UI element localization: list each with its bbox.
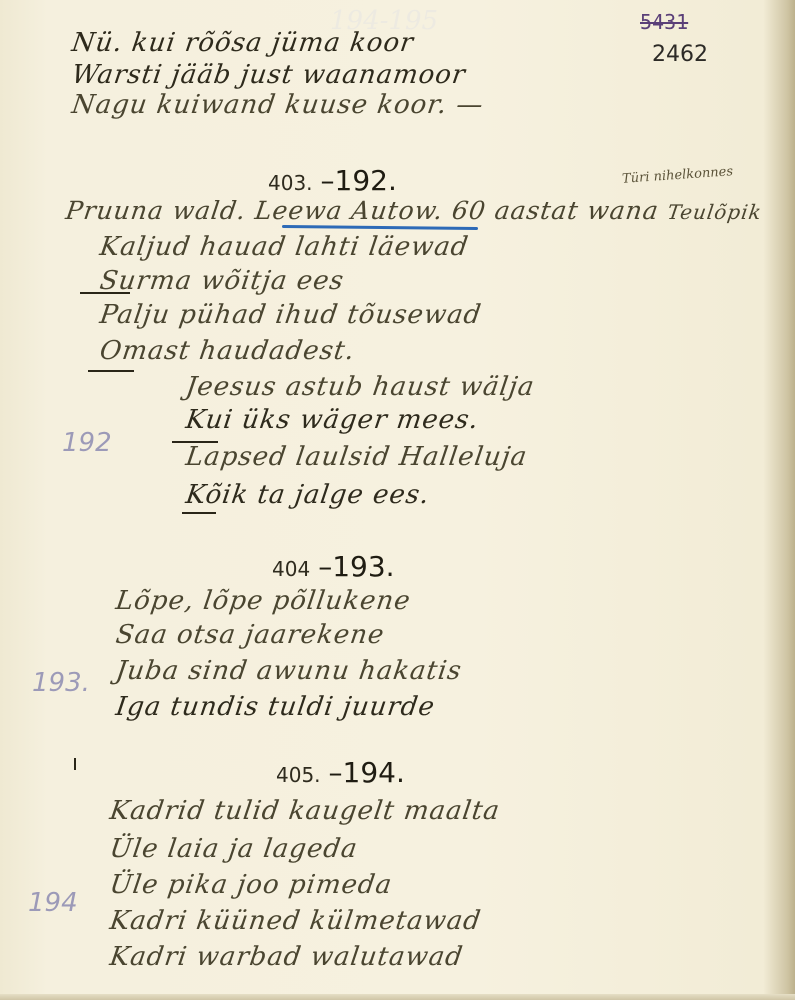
text-line: Kaljud hauad lahti läewad bbox=[98, 232, 471, 262]
text-line: Omast haudadest. bbox=[98, 336, 357, 366]
source-place: Pruuna wald. bbox=[64, 196, 248, 225]
song-number-old: 404 bbox=[272, 557, 310, 581]
text-line: Üle pika joo pimeda bbox=[108, 870, 394, 900]
text-line: Kui üks wäger mees. bbox=[184, 405, 481, 435]
text-line: Saa otsa jaarekene bbox=[114, 620, 387, 650]
song-number-old: 405. bbox=[276, 763, 321, 787]
source-line: Pruuna wald. Leewa Autow. 60 aastat wana… bbox=[64, 196, 764, 225]
source-age: 60 aastat wana bbox=[450, 196, 661, 225]
page-bottom-edge bbox=[0, 994, 795, 1000]
song-number: –193. bbox=[318, 550, 394, 583]
source-extra: Teulõpik bbox=[666, 200, 764, 224]
archive-number-crossed: 5431 bbox=[640, 10, 688, 34]
text-line: Üle laia ja lageda bbox=[108, 834, 360, 864]
song-heading: 405.–194. bbox=[276, 756, 405, 789]
source-singer: Leewa Autow. bbox=[253, 196, 445, 225]
stray-mark bbox=[74, 758, 76, 770]
text-line: Palju pühad ihud tõusewad bbox=[98, 300, 484, 330]
margin-number: 192 bbox=[62, 428, 112, 458]
song-number-old: 403. bbox=[268, 171, 313, 195]
text-line: Surma wõitja ees bbox=[98, 266, 346, 296]
song-number: –192. bbox=[321, 164, 397, 197]
text-line: Nü. kui rõõsa jüma koor bbox=[70, 28, 416, 58]
text-line: Kõik ta jalge ees. bbox=[184, 480, 432, 510]
verse-mark bbox=[182, 512, 216, 514]
song-heading: 403.–192. bbox=[268, 164, 397, 197]
text-line: Iga tundis tuldi juurde bbox=[114, 692, 437, 722]
song-number: –194. bbox=[329, 756, 405, 789]
text-line: Kadri küüned külmetawad bbox=[108, 906, 483, 936]
margin-number: 194 bbox=[28, 888, 78, 918]
text-line: Juba sind awunu hakatis bbox=[114, 656, 464, 686]
margin-number: 193. bbox=[32, 668, 90, 698]
song-heading: 404–193. bbox=[272, 550, 395, 583]
archive-number-current: 2462 bbox=[652, 42, 708, 67]
text-line: Jeesus astub haust wälja bbox=[184, 372, 537, 402]
text-line: Lõpe, lõpe põllukene bbox=[114, 586, 413, 616]
text-line: Nagu kuiwand kuuse koor. — bbox=[70, 90, 486, 120]
text-line: Kadri warbad walutawad bbox=[108, 942, 465, 972]
text-line: Warsti jääb just waanamoor bbox=[70, 60, 468, 90]
text-line: Kadrid tulid kaugelt maalta bbox=[108, 796, 502, 826]
text-line: Lapsed laulsid Halleluja bbox=[184, 442, 530, 472]
verse-mark bbox=[88, 370, 134, 372]
